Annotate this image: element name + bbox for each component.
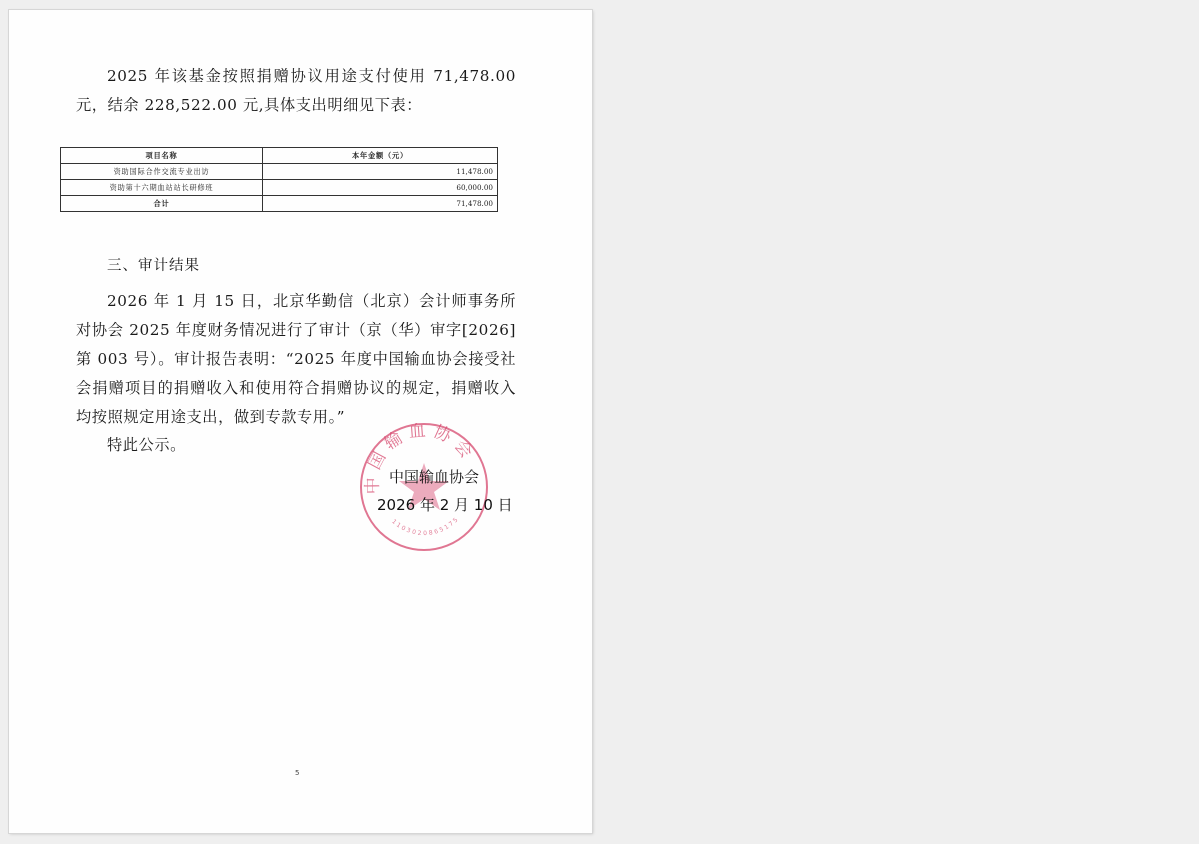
- table-total-row: 合计 71,478.00: [61, 196, 498, 212]
- project-name-cell: 资助国际合作交流专业出访: [61, 164, 263, 180]
- fund-usage-paragraph: 2025 年该基金按照捐赠协议用途支付使用 71,478.00 元，结余 228…: [76, 62, 516, 120]
- seal-star-icon: 中国输血协会 1103020865175: [360, 423, 488, 551]
- official-seal-stamp: 中国输血协会 1103020865175: [360, 423, 488, 551]
- project-name-cell: 资助第十六期血站站长研修班: [61, 180, 263, 196]
- expense-table: 项目名称 本年金额（元） 资助国际合作交流专业出访 11,478.00 资助第十…: [60, 147, 498, 212]
- total-amount-cell: 71,478.00: [263, 196, 498, 212]
- column-header-project: 项目名称: [61, 148, 263, 164]
- page-number: 5: [295, 769, 299, 777]
- signature-organization: 中国输血协会: [389, 466, 479, 487]
- svg-text:1103020865175: 1103020865175: [390, 515, 461, 537]
- table-row: 资助国际合作交流专业出访 11,478.00: [61, 164, 498, 180]
- audit-paragraph: 2026 年 1 月 15 日，北京华勤信（北京）会计师事务所对协会 2025 …: [76, 287, 516, 432]
- table-row: 资助第十六期血站站长研修班 60,000.00: [61, 180, 498, 196]
- table-header-row: 项目名称 本年金额（元）: [61, 148, 498, 164]
- total-label-cell: 合计: [61, 196, 263, 212]
- amount-cell: 60,000.00: [263, 180, 498, 196]
- amount-cell: 11,478.00: [263, 164, 498, 180]
- column-header-amount: 本年金额（元）: [263, 148, 498, 164]
- document-page: 2025 年该基金按照捐赠协议用途支付使用 71,478.00 元，结余 228…: [9, 10, 592, 833]
- section-heading-audit-results: 三、审计结果: [107, 254, 200, 275]
- signature-date: 2026 年 2 月 10 日: [377, 494, 513, 515]
